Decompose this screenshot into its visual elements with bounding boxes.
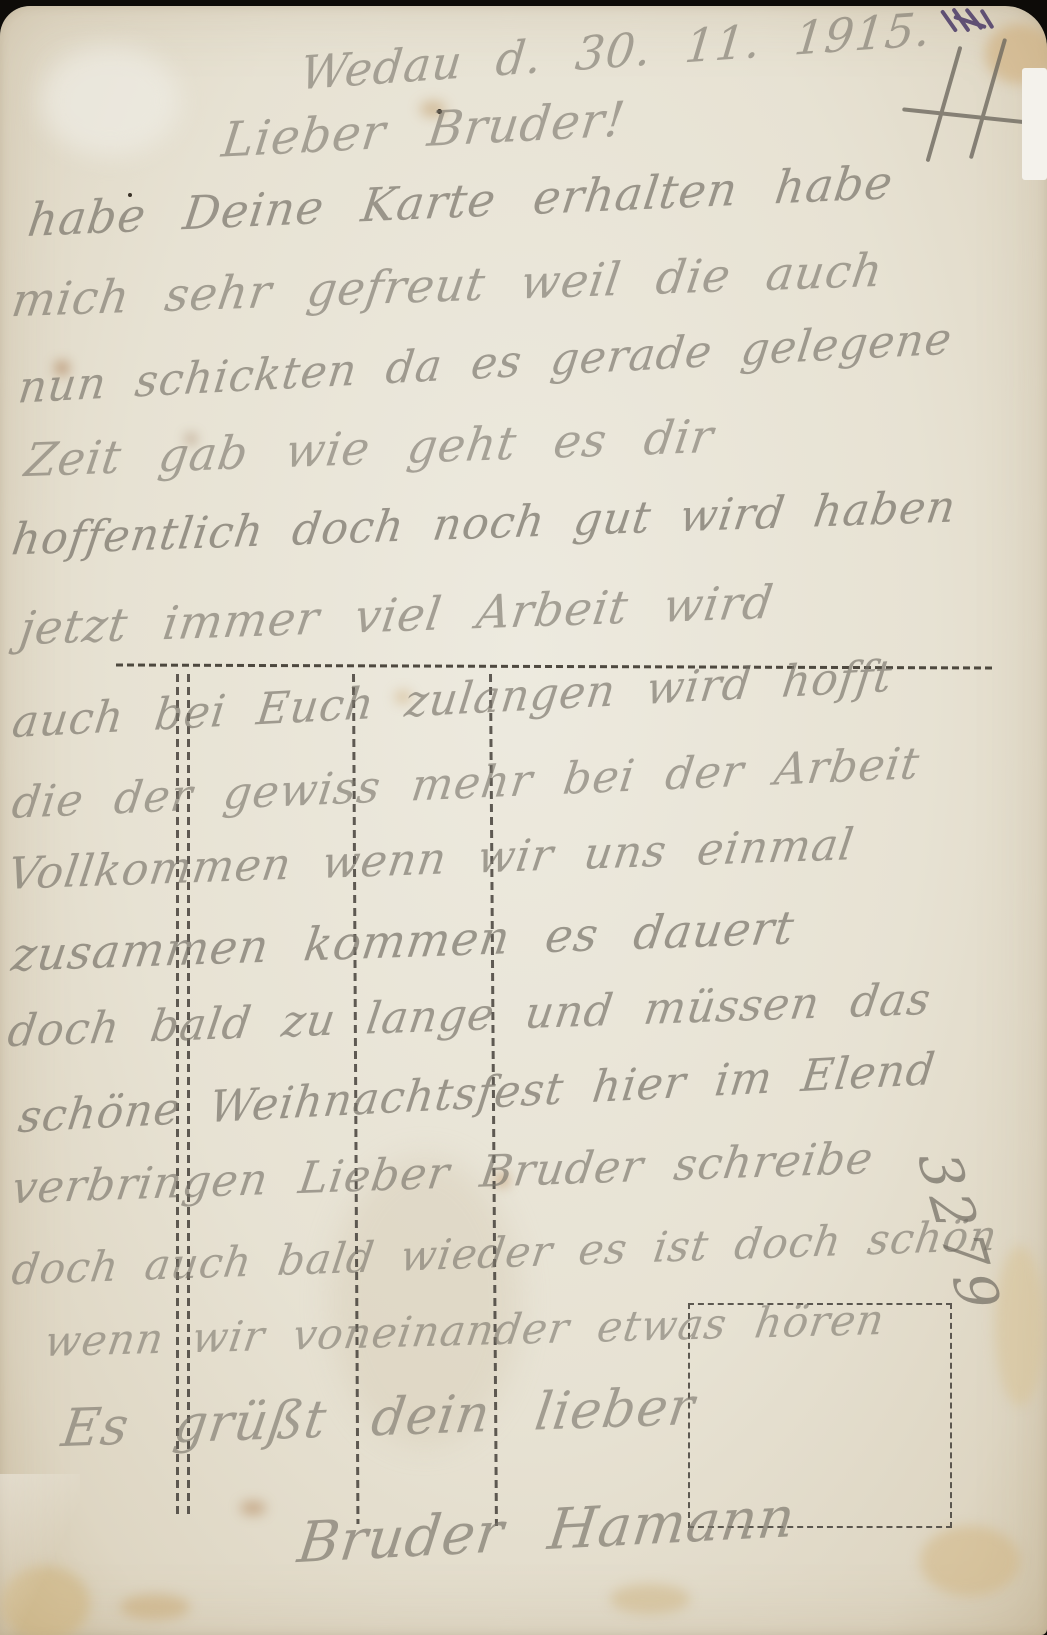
handwriting-line: Vollkommen wenn wir uns einmal [5, 819, 858, 900]
closing-line: Es grüßt dein lieber [58, 1377, 699, 1459]
stain [120, 1594, 190, 1620]
photo-edge-sliver [1022, 68, 1047, 180]
date-line: Wedau d. 30. 11. 1915. [298, 6, 934, 100]
handwriting-line: die der gewiss mehr bei der Arbeit [9, 738, 923, 829]
handwriting-line: doch auch bald wieder es ist doch schön [9, 1211, 1001, 1295]
handwriting-line: verbringen Lieber Bruder schreibe [9, 1133, 877, 1214]
handwriting-line: zusammen kommen es dauert [8, 900, 798, 982]
stain [0, 1566, 90, 1635]
handwriting-line: schöne Weihnachtsfest hier im Elend [15, 1044, 938, 1143]
handwriting-line: jetzt immer viel Arbeit wird [16, 575, 777, 656]
handwriting-line: hoffentlich doch noch gut wird haben [9, 481, 960, 565]
pencil-h-mark [900, 36, 1032, 174]
corner-wear [40, 46, 180, 156]
ink-scribble [945, 6, 1027, 38]
scan-background: Wedau d. 30. 11. 1915. Lieber Bruder! ha… [0, 0, 1047, 1635]
stain [240, 1501, 266, 1515]
handwriting-line: mich sehr gefreut weil die auch [8, 243, 886, 328]
handwriting-line: nun schickten da es gerade gelegene [15, 313, 955, 413]
pencil-stroke [926, 46, 962, 162]
salutation-line: Lieber Bruder! [219, 91, 629, 169]
corner-crease [0, 1474, 80, 1635]
stain [920, 1526, 1020, 1596]
handwriting-line: Zeit gab wie geht es dir [21, 409, 717, 487]
pencil-stroke [969, 38, 1007, 159]
handwriting-line: habe Deine Karte erhalten habe [25, 155, 897, 247]
postcard: Wedau d. 30. 11. 1915. Lieber Bruder! ha… [0, 6, 1047, 1635]
stain [610, 1584, 690, 1614]
handwriting-line: doch bald zu lange und müssen das [5, 974, 935, 1057]
signature-line: Bruder Hamann [294, 1485, 799, 1577]
pencil-stroke [902, 107, 1030, 124]
